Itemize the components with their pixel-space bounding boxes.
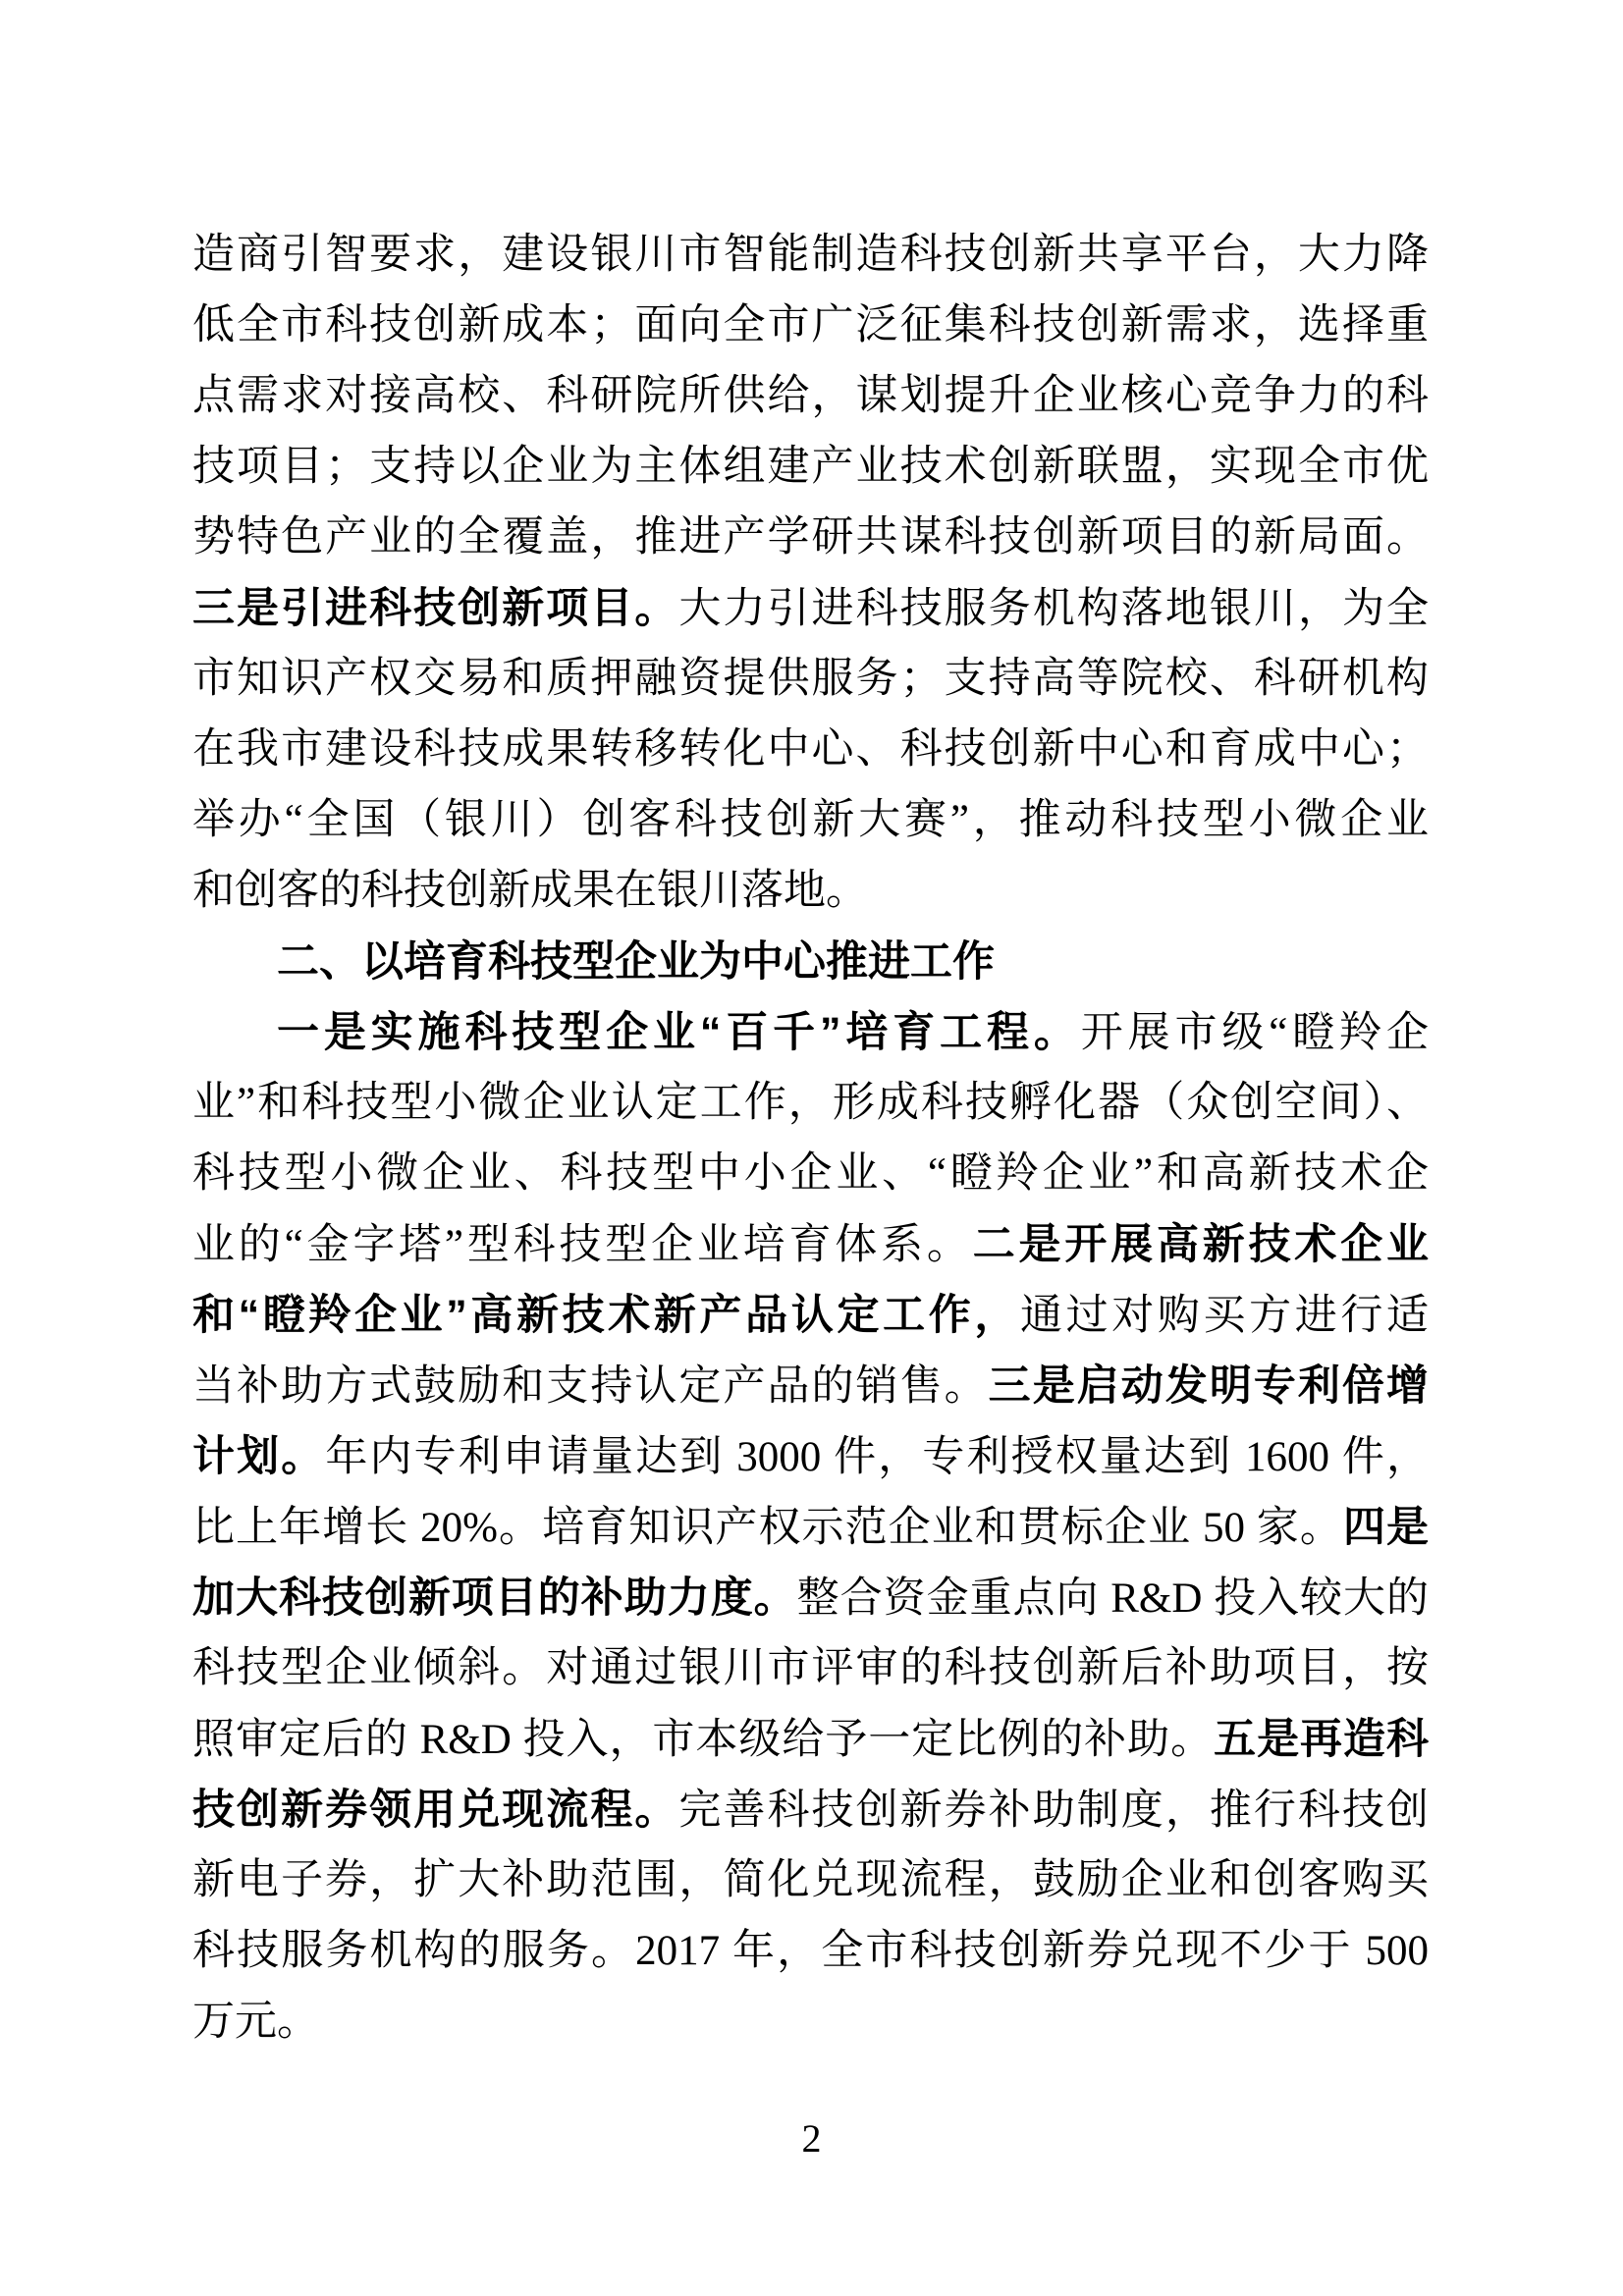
text-segment: 当补助方式鼓励和支持认定产品的销售。 bbox=[192, 1363, 989, 1410]
text-segment: 低全市科技创新成本；面向全市广泛征集科技创新需求，选择重 bbox=[192, 302, 1429, 348]
text-segment: 新电子券，扩大补助范围，简化兑现流程，鼓励企业和创客购买 bbox=[192, 1857, 1429, 1903]
text-line: 技项目；支持以企业为主体组建产业技术创新联盟，实现全市优 bbox=[192, 432, 1429, 503]
text-line: 和创客的科技创新成果在银川落地。 bbox=[192, 856, 1429, 927]
text-line: 当补助方式鼓励和支持认定产品的销售。三是启动发明专利倍增 bbox=[192, 1351, 1429, 1421]
text-line: 点需求对接高校、科研院所供给，谋划提升企业核心竞争力的科 bbox=[192, 361, 1429, 432]
text-line: 和“瞪羚企业”高新技术新产品认定工作，通过对购买方进行适 bbox=[192, 1280, 1429, 1351]
text-segment-bold: 五是再造科 bbox=[1214, 1716, 1429, 1763]
text-segment: 举办“全国（银川）创客科技创新大赛”，推动科技型小微企业 bbox=[192, 797, 1429, 843]
text-line: 科技型企业倾斜。对通过银川市评审的科技创新后补助项目，按 bbox=[192, 1633, 1429, 1704]
text-segment: 业”和科技型小微企业认定工作，形成科技孵化器（众创空间）、 bbox=[192, 1080, 1429, 1126]
text-line: 加大科技创新项目的补助力度。整合资金重点向 R&D 投入较大的 bbox=[192, 1563, 1429, 1633]
text-line: 科技型小微企业、科技型中小企业、“瞪羚企业”和高新技术企 bbox=[192, 1139, 1429, 1209]
text-segment: 和创客的科技创新成果在银川落地。 bbox=[192, 868, 868, 914]
text-line: 比上年增长 20%。培育知识产权示范企业和贯标企业 50 家。四是 bbox=[192, 1492, 1429, 1563]
text-segment: 照审定后的 R&D 投入，市本级给予一定比例的补助。 bbox=[192, 1717, 1214, 1763]
section-heading: 二、以培育科技型企业为中心推进工作 bbox=[192, 927, 1429, 997]
page: { "document": { "lines": [ { "pre": "造商引… bbox=[0, 0, 1623, 2296]
text-segment: 点需求对接高校、科研院所供给，谋划提升企业核心竞争力的科 bbox=[192, 373, 1429, 419]
heading-text: 二、以培育科技型企业为中心推进工作 bbox=[277, 938, 995, 986]
text-segment-bold: 加大科技创新项目的补助力度。 bbox=[192, 1575, 797, 1622]
text-line: 技创新券领用兑现流程。完善科技创新券补助制度，推行科技创 bbox=[192, 1775, 1429, 1845]
text-segment: 势特色产业的全覆盖，推进产学研共谋科技创新项目的新局面。 bbox=[192, 514, 1429, 561]
text-line: 业”和科技型小微企业认定工作，形成科技孵化器（众创空间）、 bbox=[192, 1068, 1429, 1139]
text-segment-bold: 计划。 bbox=[192, 1433, 325, 1480]
text-segment-bold: 技创新券领用兑现流程。 bbox=[192, 1787, 678, 1834]
text-segment: 技项目；支持以企业为主体组建产业技术创新联盟，实现全市优 bbox=[192, 444, 1429, 490]
text-segment-bold: 一是实施科技型企业“百千”培育工程。 bbox=[277, 1009, 1081, 1056]
footer-page-number: 2 bbox=[0, 2115, 1623, 2163]
text-line: 计划。年内专利申请量达到 3000 件，专利授权量达到 1600 件， bbox=[192, 1421, 1429, 1492]
text-line: 三是引进科技创新项目。大力引进科技服务机构落地银川，为全 bbox=[192, 573, 1429, 644]
text-line: 造商引智要求，建设银川市智能制造科技创新共享平台，大力降 bbox=[192, 220, 1429, 291]
text-line: 市知识产权交易和质押融资提供服务；支持高等院校、科研机构 bbox=[192, 644, 1429, 715]
text-segment: 整合资金重点向 R&D 投入较大的 bbox=[797, 1575, 1429, 1622]
text-segment: 完善科技创新券补助制度，推行科技创 bbox=[678, 1788, 1429, 1834]
text-segment-bold: 四是 bbox=[1343, 1504, 1429, 1551]
text-segment: 业的“金字塔”型科技型企业培育体系。 bbox=[192, 1222, 973, 1268]
text-segment: 比上年增长 20%。培育知识产权示范企业和贯标企业 50 家。 bbox=[192, 1505, 1343, 1551]
text-line: 在我市建设科技成果转移转化中心、科技创新中心和育成中心； bbox=[192, 715, 1429, 785]
text-line: 新电子券，扩大补助范围，简化兑现流程，鼓励企业和创客购买 bbox=[192, 1845, 1429, 1916]
text-line: 万元。 bbox=[192, 1987, 1429, 2057]
text-segment: 科技型小微企业、科技型中小企业、“瞪羚企业”和高新技术企 bbox=[192, 1150, 1429, 1197]
text-segment: 科技服务机构的服务。2017 年，全市科技创新券兑现不少于 500 bbox=[192, 1928, 1429, 1974]
text-segment: 大力引进科技服务机构落地银川，为全 bbox=[678, 586, 1429, 632]
text-segment: 开展市级“瞪羚企 bbox=[1081, 1010, 1429, 1056]
text-line: 势特色产业的全覆盖，推进产学研共谋科技创新项目的新局面。 bbox=[192, 503, 1429, 573]
text-segment-bold: 三是启动发明专利倍增 bbox=[989, 1362, 1429, 1410]
text-line: 科技服务机构的服务。2017 年，全市科技创新券兑现不少于 500 bbox=[192, 1916, 1429, 1987]
text-line: 低全市科技创新成本；面向全市广泛征集科技创新需求，选择重 bbox=[192, 291, 1429, 361]
text-segment: 万元。 bbox=[192, 1999, 319, 2045]
text-segment: 科技型企业倾斜。对通过银川市评审的科技创新后补助项目，按 bbox=[192, 1645, 1429, 1691]
text-segment: 在我市建设科技成果转移转化中心、科技创新中心和育成中心； bbox=[192, 726, 1429, 773]
text-line: 举办“全国（银川）创客科技创新大赛”，推动科技型小微企业 bbox=[192, 785, 1429, 856]
document-body: 造商引智要求，建设银川市智能制造科技创新共享平台，大力降 低全市科技创新成本；面… bbox=[192, 220, 1429, 2057]
text-segment-bold: 和“瞪羚企业”高新技术新产品认定工作， bbox=[192, 1292, 1020, 1339]
text-segment: 市知识产权交易和质押融资提供服务；支持高等院校、科研机构 bbox=[192, 656, 1429, 702]
text-segment: 通过对购买方进行适 bbox=[1020, 1293, 1429, 1339]
text-line: 照审定后的 R&D 投入，市本级给予一定比例的补助。五是再造科 bbox=[192, 1704, 1429, 1775]
text-segment: 造商引智要求，建设银川市智能制造科技创新共享平台，大力降 bbox=[192, 232, 1429, 278]
text-segment-bold: 二是开展高新技术企业 bbox=[973, 1221, 1429, 1268]
text-line: 业的“金字塔”型科技型企业培育体系。二是开展高新技术企业 bbox=[192, 1209, 1429, 1280]
text-line: 一是实施科技型企业“百千”培育工程。开展市级“瞪羚企 bbox=[192, 997, 1429, 1068]
text-segment: 年内专利申请量达到 3000 件，专利授权量达到 1600 件， bbox=[325, 1434, 1429, 1480]
text-segment-bold: 三是引进科技创新项目。 bbox=[192, 585, 678, 632]
